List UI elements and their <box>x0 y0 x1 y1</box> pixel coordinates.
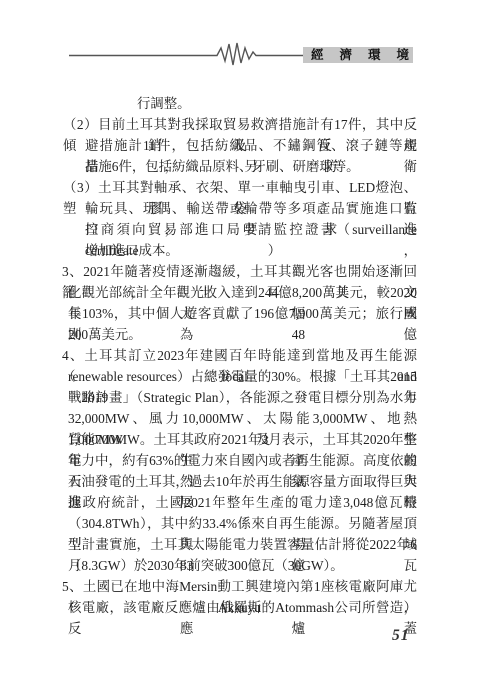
text-line: （2）目前土耳其對我採取貿易救濟措施計有17件，其中反傾銷及反規 <box>63 114 417 135</box>
text-line: 4、土耳其訂立2023年建國百年時能達到當地及再生能源（local and <box>62 345 417 366</box>
text-line: （3）土耳其對軸承、衣架、單一車軸曳引車、LED燈泡、塑膠袋、有 <box>63 177 417 198</box>
document-body: 行調整。 （2）目前土耳其對我採取貿易救濟措施計有17件，其中反傾銷及反規 避措… <box>0 93 480 618</box>
text-line: 口商須向貿易部進口局申請監控證書（surveillance certificat… <box>85 219 417 240</box>
text-line: 輪玩具、玩偶、輸送帶或輪帶等多項產品實施進口監控，要求進 <box>85 198 417 219</box>
text-line: （304.8TWh），其中約33.4%係來自再生能源。另隨著屋頂型與場域 <box>68 513 417 534</box>
document-page: 經濟環境 行調整。 （2）目前土耳其對我採取貿易救濟措施計有17件，其中反傾銷及… <box>0 0 480 679</box>
text-line: renewable resources）占總發電量的30%。根據「土耳其2015… <box>68 366 417 387</box>
text-line: 戰略計畫」（Strategic Plan），各能源之發電目標分別為水力 <box>68 387 417 408</box>
text-line: 石油發電的土耳其，過去10年於再生能源容量方面取得巨大進展。根 <box>68 471 417 492</box>
text-line: 5、土國已在地中海Mersin動工興建境內第1座核電廠阿庫尤（Akkuyu） <box>62 576 417 597</box>
page-number: 51 <box>392 627 422 645</box>
pulse-zigzag-decoration <box>69 40 305 72</box>
text-line: 32,000MW、風力10,000MW、太陽能3,000MW、地熱1,000MW… <box>68 408 417 429</box>
text-line: 化觀光部統計全年觀光收入達到244億8,200萬美元，較2020年大幅成 <box>68 282 417 303</box>
text-line: 避措施計11件，包括紡織品、不鏽鋼管、滾子鏈等產品，另防衛 <box>85 135 417 156</box>
text-line: 據政府統計，土國2021年整年生產的電力達3,048億瓦時 <box>68 492 417 513</box>
text-line: 質能700MW。土耳其政府2021年3月表示，土耳其2020年整年生產的 <box>68 429 417 450</box>
text-line: 電力中，約有63%的電力來自國內或者再生能源。高度依賴天然氣與 <box>68 450 417 471</box>
text-line: 核電廠，該電廠反應爐由俄羅斯的Atommash公司所營造，反應爐蓋 <box>68 597 417 618</box>
text-line: 3、2021年隨著疫情逐漸趨緩，土耳其觀光客也開始逐漸回籠，土耳其文 <box>62 261 417 282</box>
header-title-bar: 經濟環境 <box>303 47 413 63</box>
text-line: 型計畫實施，土耳其太陽能電力裝置容量估計將從2022年6月83億瓦 <box>68 534 417 555</box>
text-line: 行調整。 <box>137 93 480 114</box>
text-line: 長103%，其中個人遊客貢獻了196億7,900萬美元；旅行團則為48億 <box>68 303 417 324</box>
page-title: 經濟環境 <box>303 47 425 63</box>
